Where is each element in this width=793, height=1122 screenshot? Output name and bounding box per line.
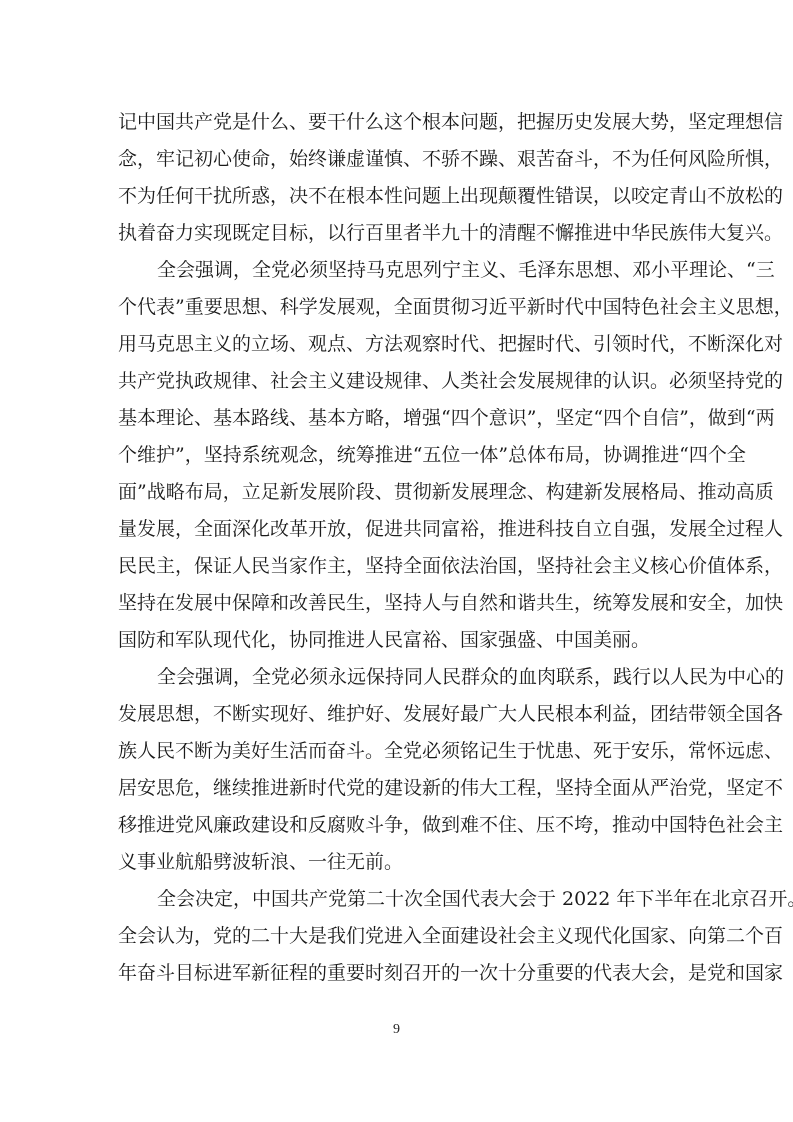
text-line: 发展思想，不断实现好、维护好、发展好最广大人民根本利益，团结带领全国各	[118, 699, 676, 736]
text-line: 居安思危，继续推进新时代党的建设新的伟大工程，坚持全面从严治党，坚定不	[118, 773, 676, 810]
text-line: 全会强调，全党必须永远保持同人民群众的血肉联系，践行以人民为中心的	[118, 662, 676, 699]
text-line: 量发展，全面深化改革开放，促进共同富裕，推进科技自立自强，发展全过程人	[118, 514, 676, 551]
text-line: 全会认为，党的二十大是我们党进入全面建设社会主义现代化国家、向第二个百	[118, 921, 676, 958]
text-line: 执着奋力实现既定目标，以行百里者半九十的清醒不懈推进中华民族伟大复兴。	[118, 218, 676, 255]
text-line: 基本理论、基本路线、基本方略，增强“四个意识”，坚定“四个自信”，做到“两	[118, 403, 676, 440]
text-line: 面”战略布局，立足新发展阶段、贯彻新发展理念、构建新发展格局、推动高质	[118, 477, 676, 514]
document-page: 记中国共产党是什么、要干什么这个根本问题，把握历史发展大势，坚定理想信 念，牢记…	[0, 0, 793, 1122]
paragraph-2: 全会强调，全党必须坚持马克思列宁主义、毛泽东思想、邓小平理论、“三 个代表”重要…	[118, 255, 676, 662]
text-line: 年奋斗目标进军新征程的重要时刻召开的一次十分重要的代表大会，是党和国家	[118, 958, 676, 995]
text-line: 移推进党风廉政建设和反腐败斗争，做到难不住、压不垮，推动中国特色社会主	[118, 810, 676, 847]
text-line: 国防和军队现代化，协同推进人民富裕、国家强盛、中国美丽。	[118, 625, 676, 662]
text-line: 记中国共产党是什么、要干什么这个根本问题，把握历史发展大势，坚定理想信	[118, 107, 676, 144]
body-text: 记中国共产党是什么、要干什么这个根本问题，把握历史发展大势，坚定理想信 念，牢记…	[118, 107, 676, 995]
text-line: 全会强调，全党必须坚持马克思列宁主义、毛泽东思想、邓小平理论、“三	[118, 255, 676, 292]
text-line: 全会决定，中国共产党第二十次全国代表大会于 2022 年下半年在北京召开。	[118, 884, 676, 921]
text-line: 族人民不断为美好生活而奋斗。全党必须铭记生于忧患、死于安乐，常怀远虑、	[118, 736, 676, 773]
text-line: 共产党执政规律、社会主义建设规律、人类社会发展规律的认识。必须坚持党的	[118, 366, 676, 403]
paragraph-3: 全会强调，全党必须永远保持同人民群众的血肉联系，践行以人民为中心的 发展思想，不…	[118, 662, 676, 884]
text-line: 念，牢记初心使命，始终谦虚谨慎、不骄不躁、艰苦奋斗，不为任何风险所惧，	[118, 144, 676, 181]
text-line: 用马克思主义的立场、观点、方法观察时代、把握时代、引领时代，不断深化对	[118, 329, 676, 366]
paragraph-1: 记中国共产党是什么、要干什么这个根本问题，把握历史发展大势，坚定理想信 念，牢记…	[118, 107, 676, 255]
text-line: 个代表”重要思想、科学发展观，全面贯彻习近平新时代中国特色社会主义思想，	[118, 292, 676, 329]
page-number: 9	[0, 1022, 793, 1038]
text-line: 不为任何干扰所惑，决不在根本性问题上出现颠覆性错误，以咬定青山不放松的	[118, 181, 676, 218]
paragraph-4: 全会决定，中国共产党第二十次全国代表大会于 2022 年下半年在北京召开。 全会…	[118, 884, 676, 995]
text-line: 义事业航船劈波斩浪、一往无前。	[118, 847, 676, 884]
text-line: 民民主，保证人民当家作主，坚持全面依法治国，坚持社会主义核心价值体系，	[118, 551, 676, 588]
text-line: 坚持在发展中保障和改善民生，坚持人与自然和谐共生，统筹发展和安全，加快	[118, 588, 676, 625]
text-line: 个维护”，坚持系统观念，统筹推进“五位一体”总体布局，协调推进“四个全	[118, 440, 676, 477]
